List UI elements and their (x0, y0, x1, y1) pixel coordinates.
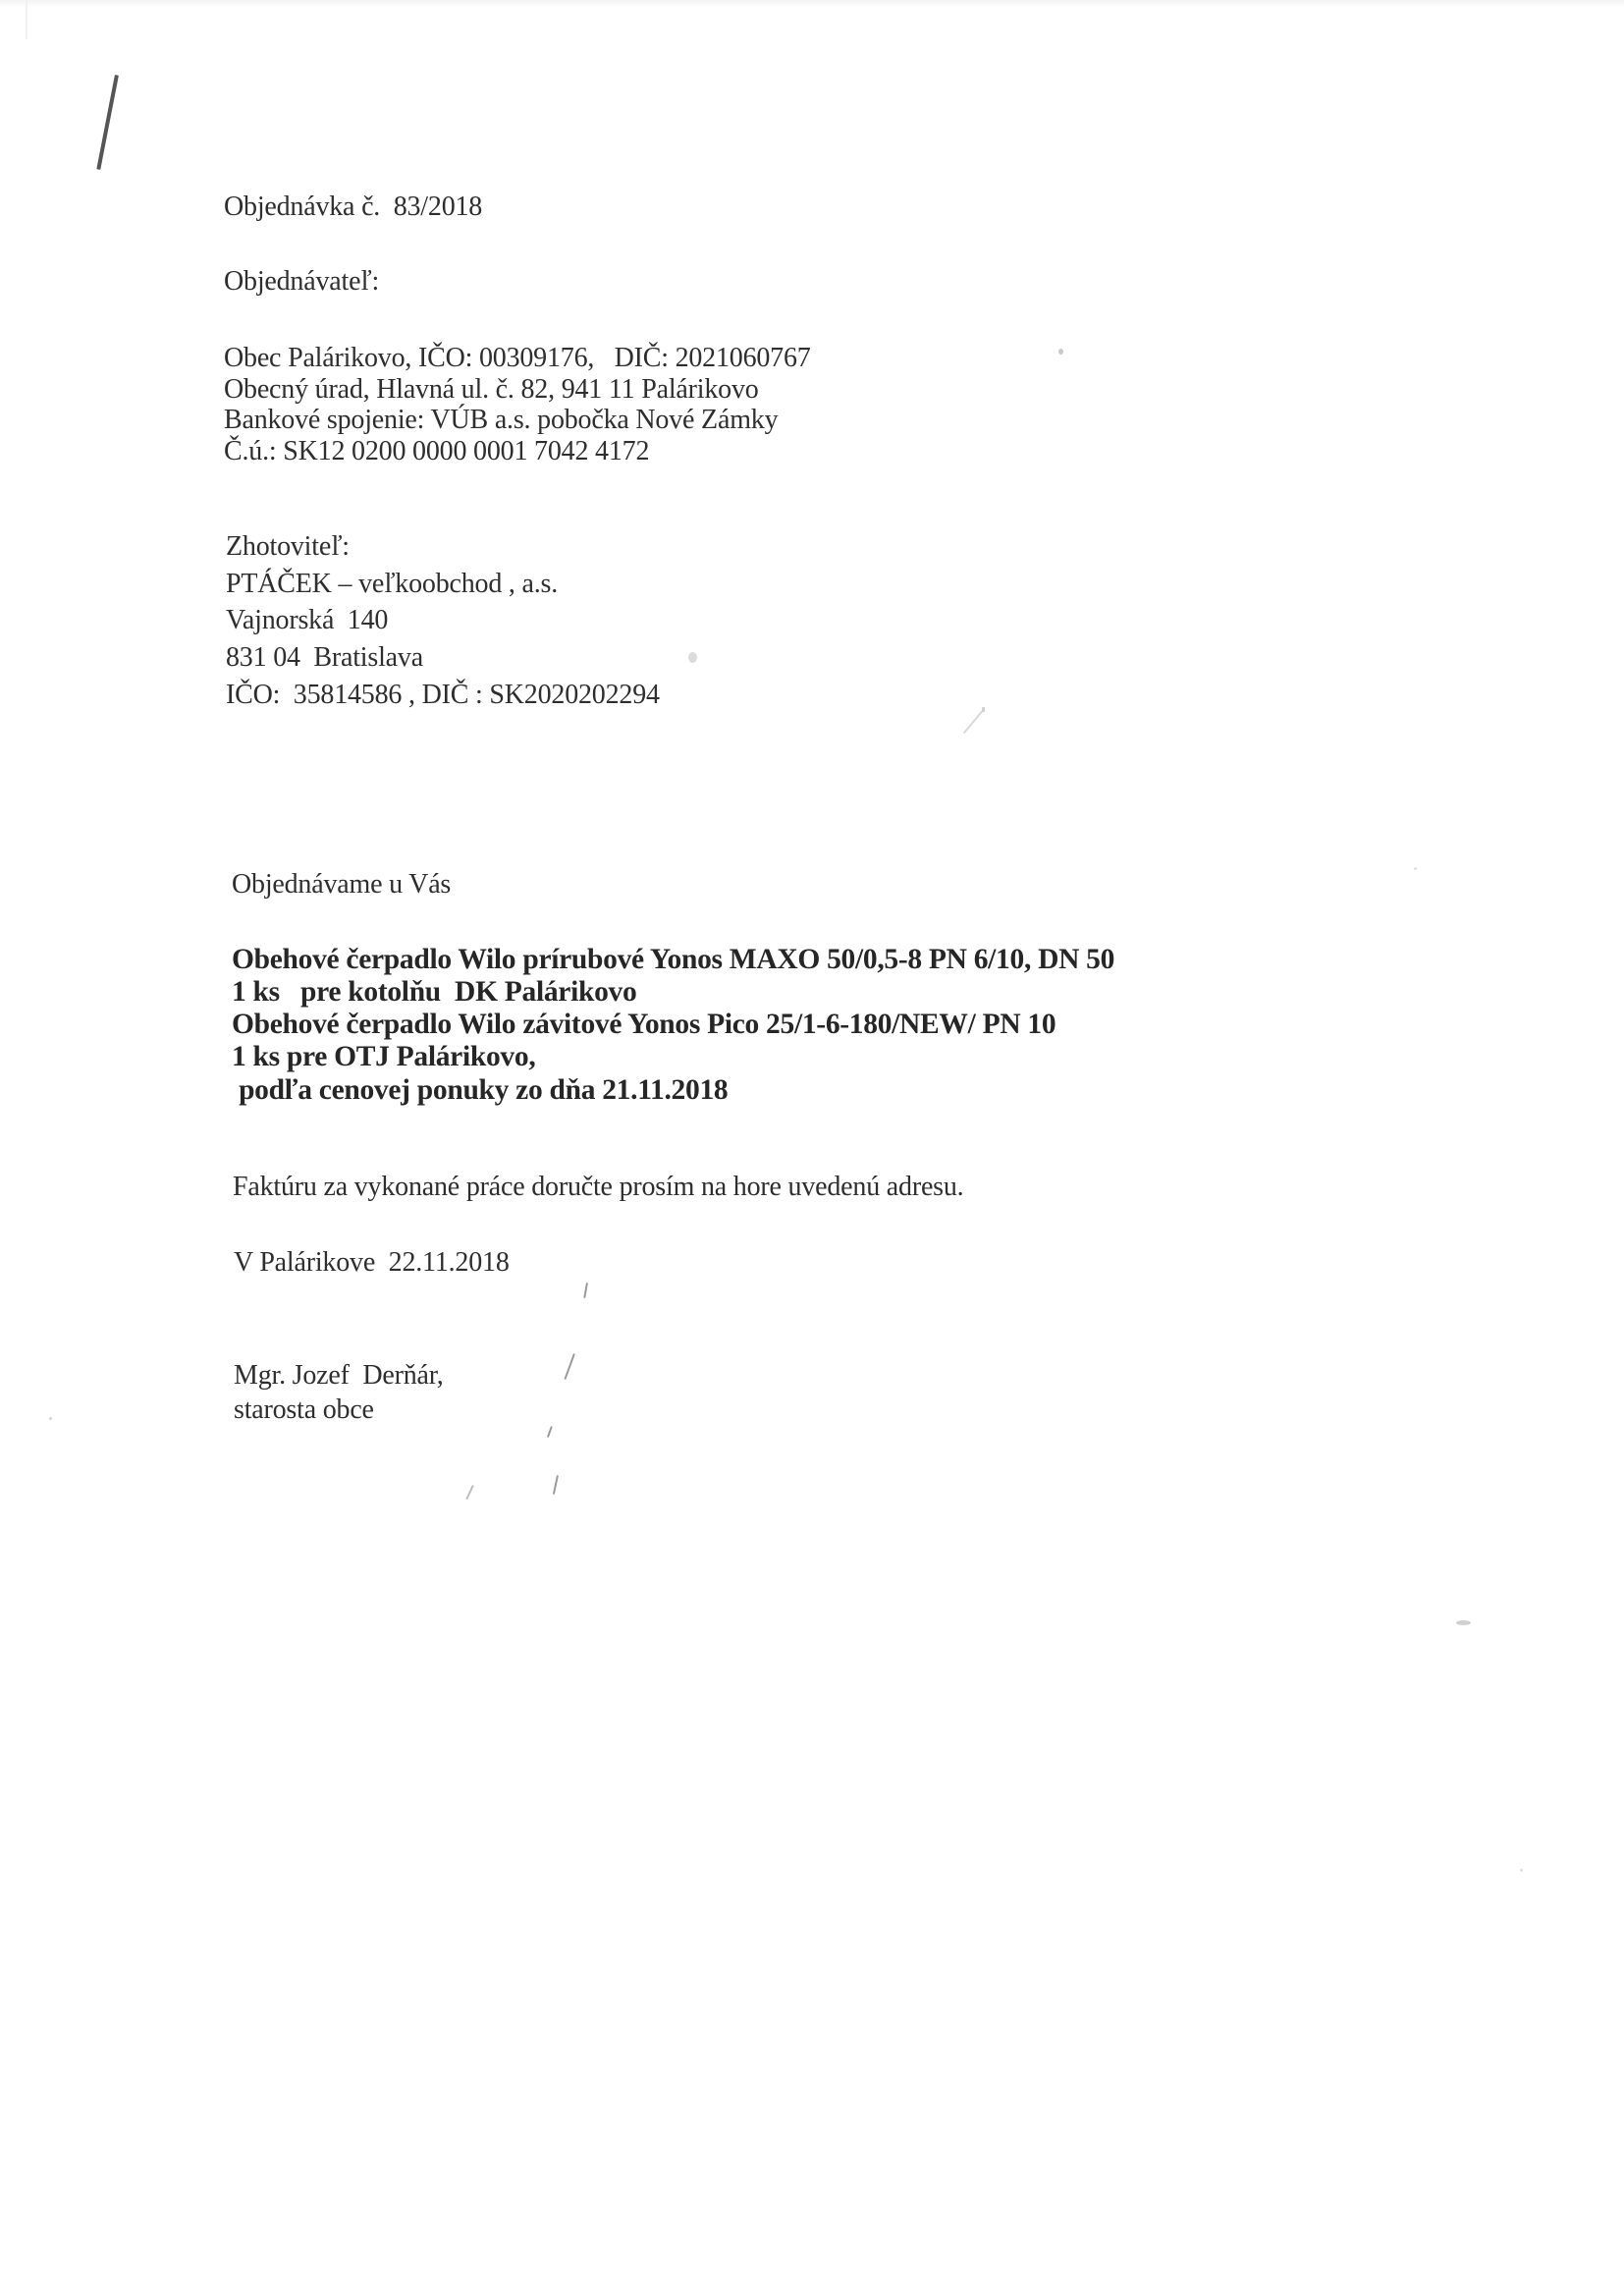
item-line: 1 ks pre OTJ Palárikovo, (232, 1043, 535, 1072)
item-line: Obehové čerpadlo Wilo prírubové Yonos MA… (232, 946, 1114, 975)
orderer-label: Objednávateľ: (224, 268, 379, 296)
scan-artifact (963, 710, 984, 734)
signature-stroke (564, 1353, 574, 1380)
signatory-role: starosta obce (234, 1396, 374, 1424)
supplier-line: Vajnorská 140 (226, 607, 388, 634)
scan-speck (1520, 1869, 1523, 1872)
scan-speck (49, 1417, 52, 1420)
orderer-line: Obec Palárikovo, IČO: 00309176, DIČ: 202… (224, 345, 811, 372)
signature-stroke (465, 1485, 474, 1500)
invoice-note: Faktúru za vykonané práce doručte prosím… (233, 1174, 963, 1201)
scan-left-edge (26, 0, 27, 39)
order-title: Objednávka č. 83/2018 (224, 193, 482, 221)
scan-artifact (982, 707, 985, 712)
item-line: Obehové čerpadlo Wilo závitové Yonos Pic… (232, 1011, 1056, 1040)
signature-stroke (553, 1475, 559, 1495)
supplier-line: PTÁČEK – veľkoobchod , a.s. (226, 571, 558, 598)
signatory-name: Mgr. Jozef Derňár, (234, 1362, 444, 1390)
signature-stroke (547, 1426, 553, 1438)
scan-speck (1058, 349, 1063, 355)
orderer-line: Obecný úrad, Hlavná ul. č. 82, 941 11 Pa… (224, 376, 759, 404)
signature-stroke (583, 1283, 588, 1298)
scan-speck (688, 652, 697, 663)
pen-mark (96, 75, 119, 170)
order-intro: Objednávame u Vás (232, 871, 451, 899)
supplier-label: Zhotoviteľ: (226, 533, 350, 561)
scan-speck (1414, 867, 1417, 870)
supplier-line: IČO: 35814586 , DIČ : SK2020202294 (226, 682, 660, 709)
supplier-line: 831 04 Bratislava (226, 644, 423, 672)
orderer-line: Č.ú.: SK12 0200 0000 0001 7042 4172 (224, 438, 649, 465)
item-line: 1 ks pre kotolňu DK Palárikovo (232, 978, 636, 1008)
orderer-line: Bankové spojenie: VÚB a.s. pobočka Nové … (224, 407, 778, 434)
place-date: V Palárikove 22.11.2018 (234, 1249, 510, 1277)
item-line: podľa cenovej ponuky zo dňa 21.11.2018 (232, 1076, 728, 1106)
scan-top-edge (0, 0, 1624, 8)
scan-speck (1456, 1620, 1471, 1625)
